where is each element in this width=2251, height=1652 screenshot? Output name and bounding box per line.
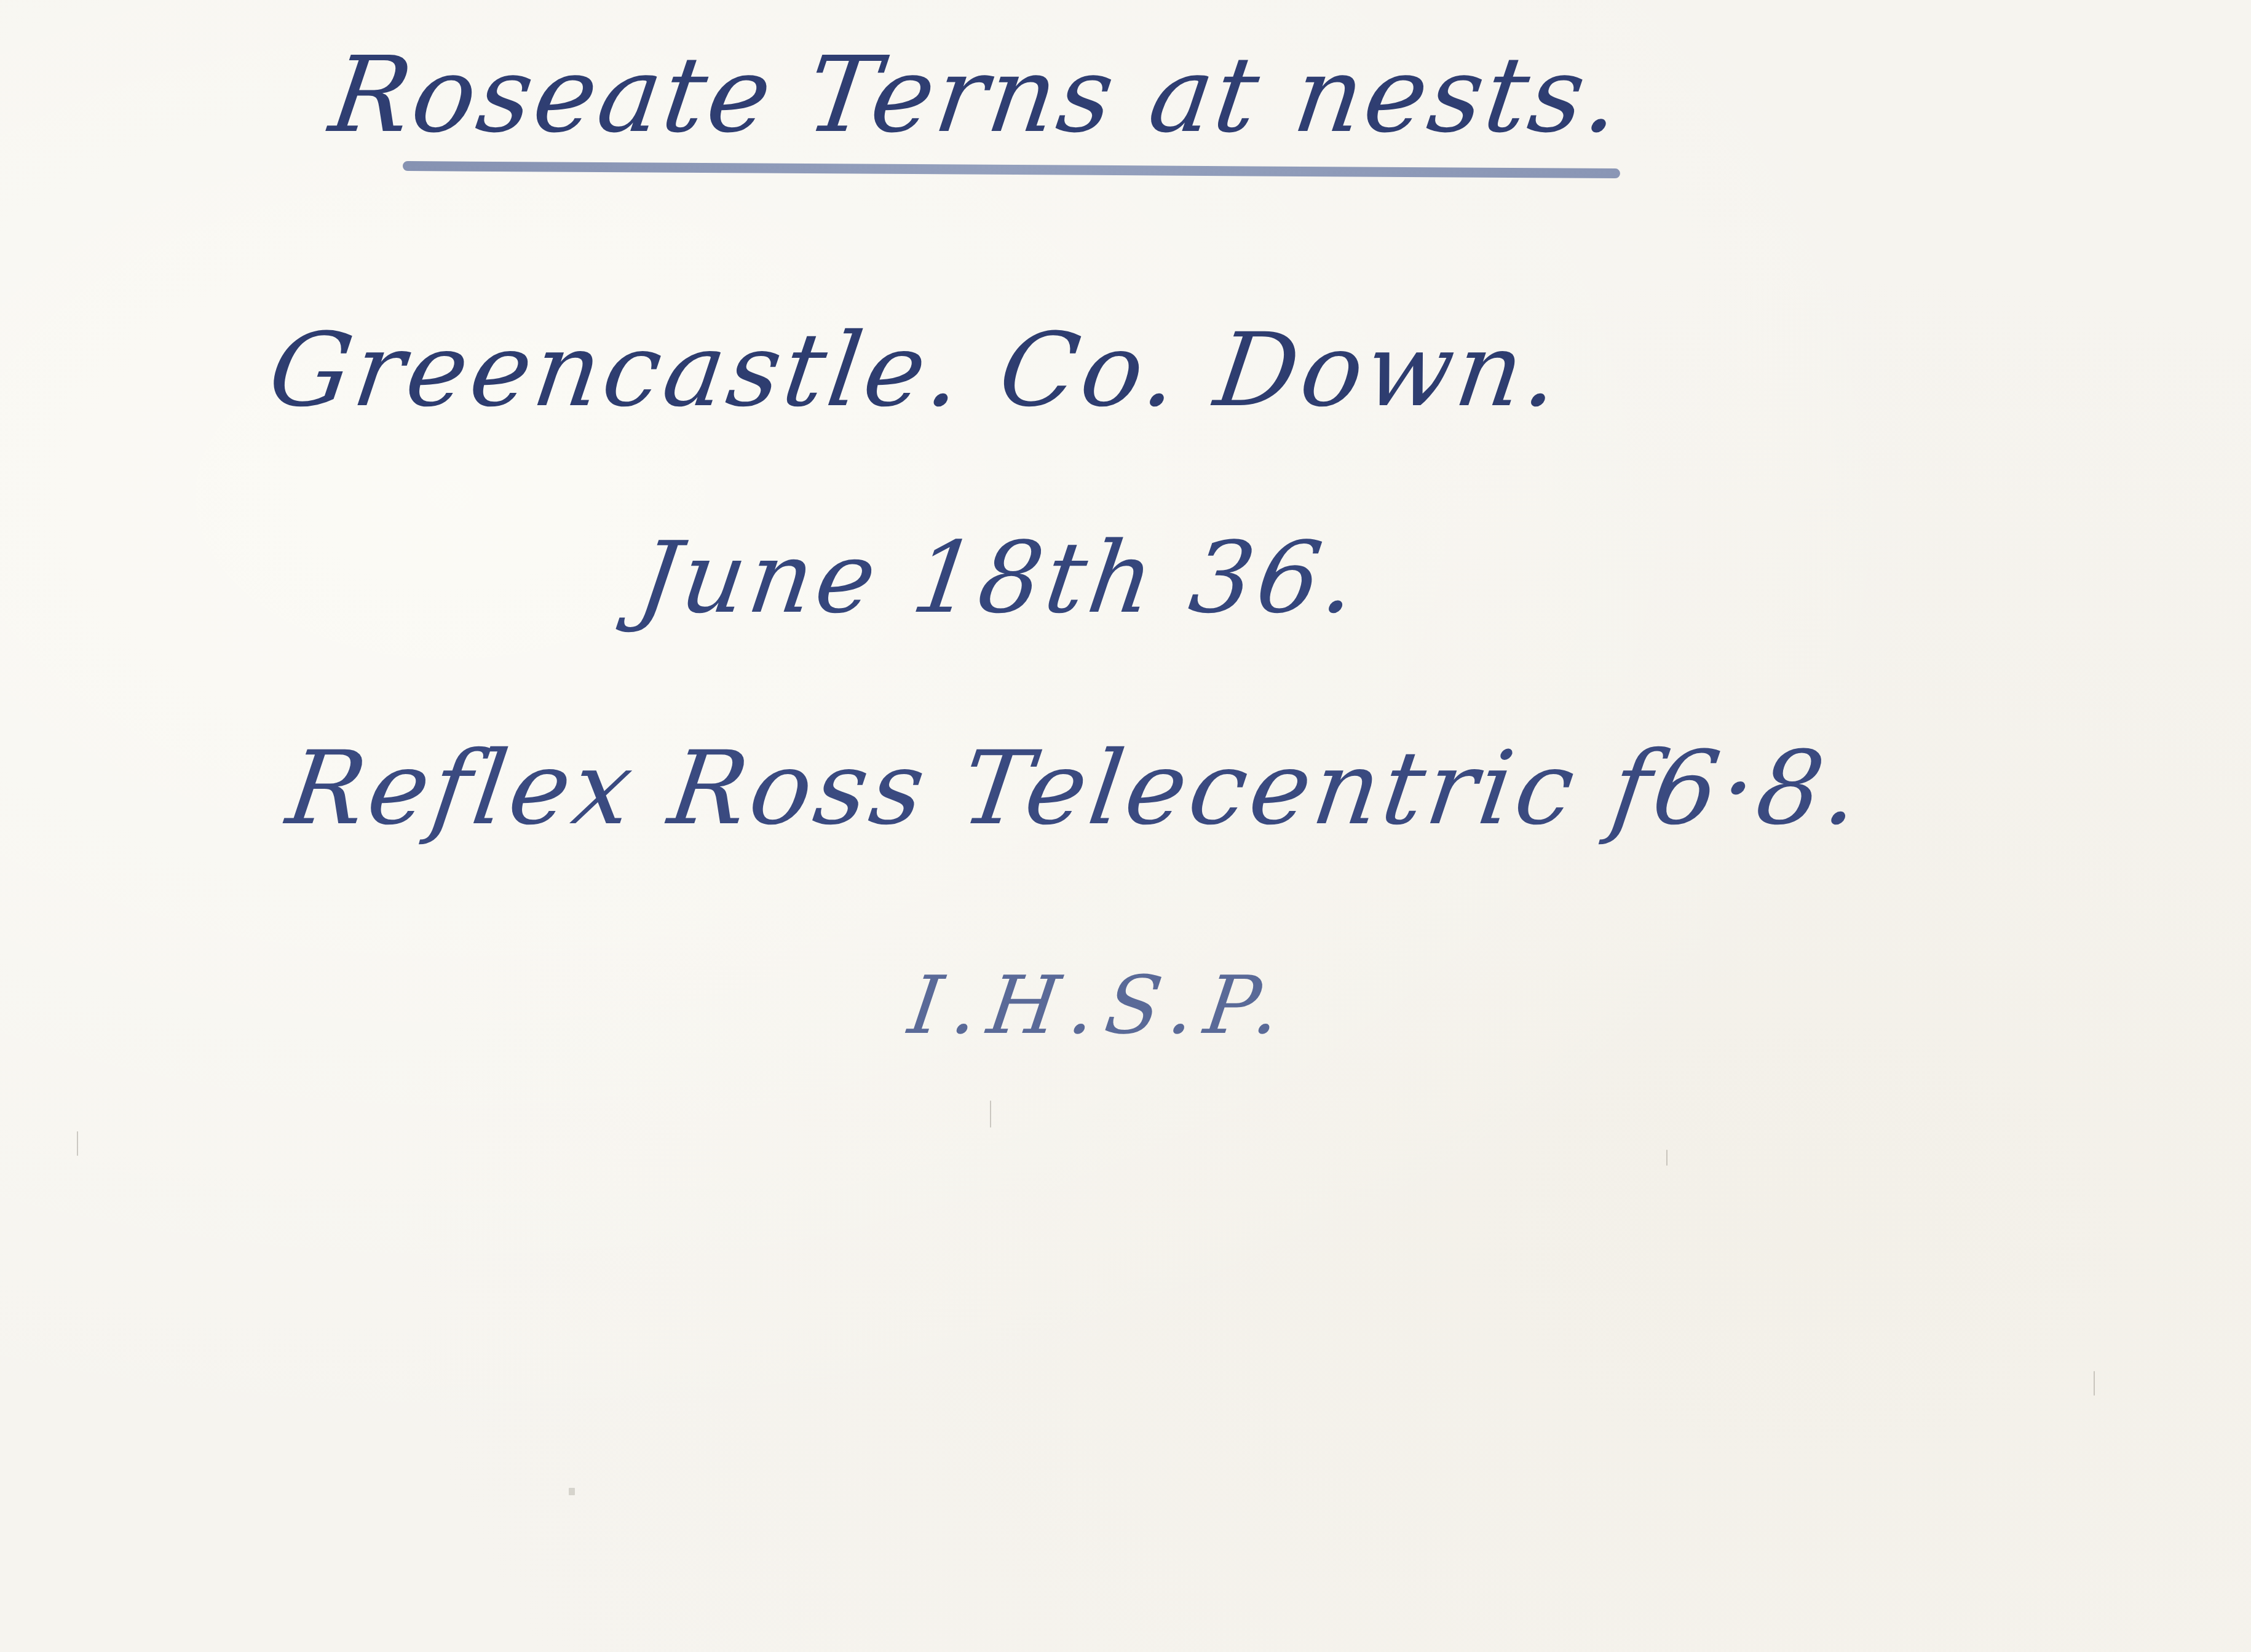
caption-initials: I.H.S.P. (904, 965, 1297, 1045)
paper-fiber (77, 1131, 78, 1156)
caption-location: Greencastle. Co. Down. (263, 320, 1569, 421)
paper-fiber (2094, 1371, 2095, 1396)
paper-fiber (569, 1488, 575, 1495)
caption-camera-equipment: Reflex Ross Telecentric f6·8. (282, 738, 1869, 839)
paper-fiber (990, 1101, 991, 1128)
caption-date: June 18th 36. (633, 529, 1366, 627)
paper-fiber (1666, 1150, 1667, 1166)
caption-title: Roseate Terns at nests. (325, 43, 1629, 148)
